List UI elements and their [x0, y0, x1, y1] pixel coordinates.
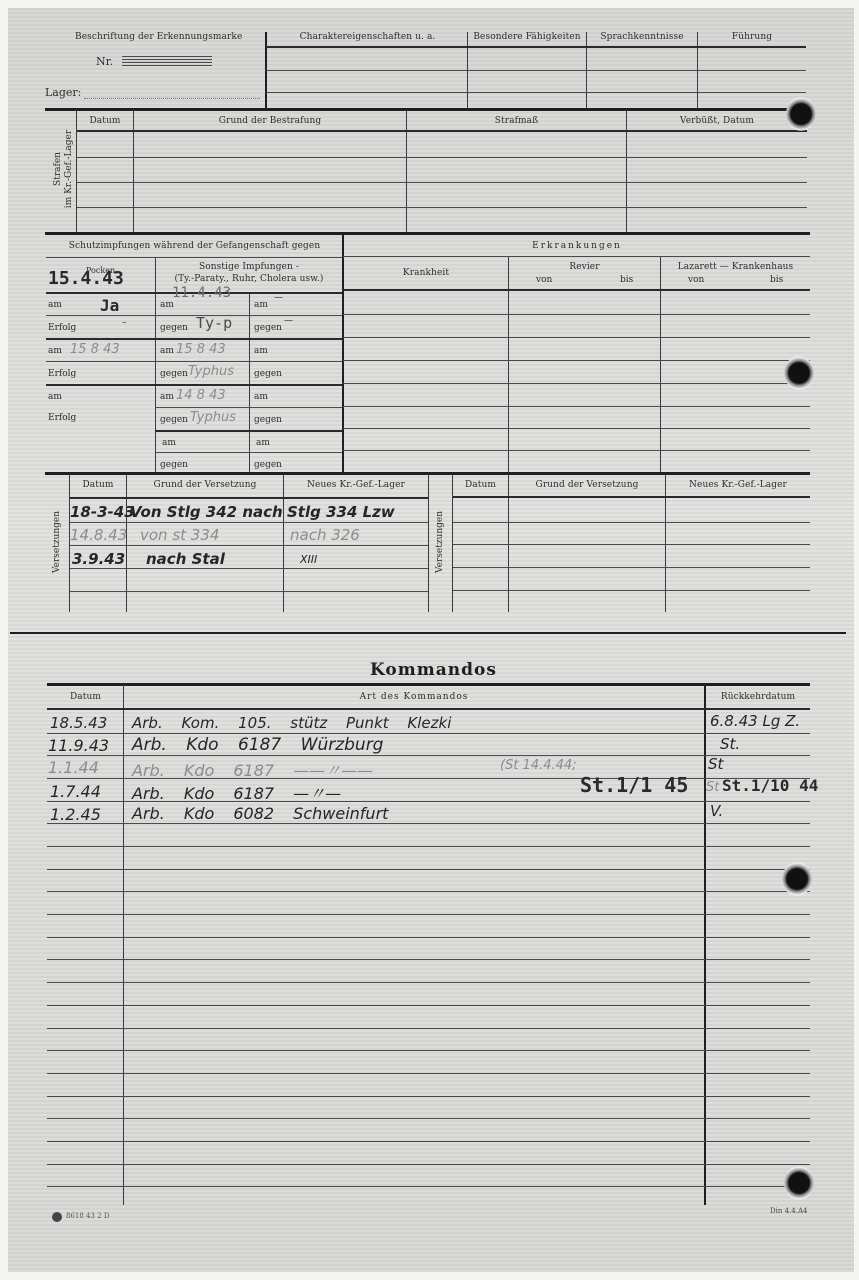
pocken-erfolg-value-1: –	[122, 318, 127, 328]
printer-mark-icon	[52, 1212, 62, 1222]
pocken-am-label-2: am	[48, 346, 62, 356]
sonstige-gegen-label-2: gegen	[160, 369, 188, 379]
kommando-row-5-datum: 1.2.45	[50, 805, 101, 824]
kommandos-col-rueckkehr: Rückkehrdatum	[706, 692, 810, 702]
versetzung-row-1-datum: 18-3-43	[70, 503, 135, 521]
versetzungen-right-col-lager: Neues Kr.-Gef.-Lager	[666, 480, 810, 490]
sonstige2-am-label-2: am	[254, 346, 268, 356]
strafen-col-grund: Grund der Bestrafung	[134, 116, 406, 126]
header-col-faehigkeiten: Besondere Fähigkeiten	[468, 32, 586, 42]
lazarett-bis-label: bis	[770, 275, 783, 285]
sonstige-am-label-3: am	[160, 392, 174, 402]
pocken-erfolg-label-2: Erfolg	[48, 369, 76, 379]
din-code: Din 4.4.A4	[770, 1207, 807, 1215]
revier-bis-label: bis	[620, 275, 633, 285]
versetzung-row-3-grund: nach Stal	[146, 550, 225, 568]
versetzung-row-1-grund: Von Stlg 342 nach	[130, 503, 283, 521]
sonstige2-am-label-4: am	[256, 438, 270, 448]
pocken-am-value-1: Ja	[100, 296, 119, 315]
punch-hole	[784, 1166, 814, 1200]
kommando-row-5-art: Arb. Kdo 6082 Schweinfurt	[132, 804, 388, 823]
erkrankungen-title: Erkrankungen	[344, 241, 810, 251]
header-col-charakter: Charaktereigenschaften u. a.	[270, 32, 465, 42]
sonstige-am-value-3: 14 8 43	[176, 388, 226, 403]
strafen-side-label: Strafenim Kr.-Gef.-Lager	[53, 114, 77, 224]
punch-hole	[782, 862, 812, 896]
sonstige-sublabel: (Ty.-Paraty., Ruhr, Cholera usw.)	[156, 274, 342, 284]
versetzung-row-2-grund: von st 334	[140, 526, 219, 544]
sonstige-gegen-label-4: gegen	[160, 460, 188, 470]
kommando-row-2-datum: 11.9.43	[48, 736, 109, 755]
kommando-annotation: (St 14.4.44;	[500, 758, 577, 773]
versetzung-row-2-datum: 14.8.43	[70, 526, 127, 544]
sonstige-am-label-4: am	[162, 438, 176, 448]
pocken-am-label-1: am	[48, 300, 62, 310]
versetzung-row-2-lager: nach 326	[290, 526, 360, 544]
sonstige-am-label-1: am	[160, 300, 174, 310]
sonstige2-gegen-label-3: gegen	[254, 415, 282, 425]
sonstige2-gegen-label-4: gegen	[254, 460, 282, 470]
kommando-row-1-art: Arb. Kom. 105. stütz Punkt Klezki	[132, 714, 451, 732]
strafen-col-datum: Datum	[77, 116, 133, 126]
print-code: 8618 43 2 D	[66, 1212, 109, 1220]
sonstige2-gegen-label-1: gegen	[254, 323, 282, 333]
kommando-row-1-datum: 18.5.43	[50, 714, 107, 732]
kommandos-col-datum: Datum	[48, 692, 123, 702]
kommando-row-4-art: Arb. Kdo 6187 —〃—	[132, 781, 341, 804]
pocken-label: Pocken	[86, 266, 115, 275]
punch-hole	[786, 97, 816, 131]
pocken-am-value-2: 15 8 43	[70, 342, 120, 357]
lazarett-von-label: von	[688, 275, 704, 285]
revier-von-label: von	[536, 275, 552, 285]
lager-field	[84, 98, 260, 99]
sonstige2-am-value-1: —	[274, 293, 283, 303]
nr-field	[122, 56, 212, 66]
kommando-row-4-rueckkehr: St	[706, 780, 719, 795]
versetzungen-right-col-grund: Grund der Versetzung	[509, 480, 665, 490]
pocken-am-label-3: am	[48, 392, 62, 402]
header-col-sprachen: Sprachkenntnisse	[587, 32, 697, 42]
sonstige-am-value-1: 11.4.43	[172, 285, 231, 301]
fold-line	[10, 632, 846, 634]
sonstige2-am-label-1: am	[254, 300, 268, 310]
pocken-erfolg-label-1: Erfolg	[48, 323, 76, 333]
kommando-row-1-rueckkehr: 6.8.43 Lg Z.	[710, 712, 800, 730]
kommando-row-4-datum: 1.7.44	[50, 782, 101, 801]
kommando-row-5-rueckkehr: V.	[710, 802, 723, 820]
versetzungen-left-col-grund: Grund der Versetzung	[127, 480, 283, 490]
pocken-erfolg-label-3: Erfolg	[48, 413, 76, 423]
prisoner-record-card	[8, 8, 854, 1272]
kommando-row-2-art: Arb. Kdo 6187 Würzburg	[132, 735, 383, 755]
versetzungen-right-col-datum: Datum	[453, 480, 508, 490]
kommando-row-3-art: Arb. Kdo 6187 ——〃——	[132, 758, 373, 781]
kommando-row-3-datum: 1.1.44	[48, 758, 99, 777]
sonstige2-am-label-3: am	[254, 392, 268, 402]
versetzungen-left-col-lager: Neues Kr.-Gef.-Lager	[284, 480, 428, 490]
sonstige-gegen-value-1: Ty-p	[196, 314, 232, 332]
strafen-col-verbuesst: Verbüßt, Datum	[627, 116, 807, 126]
sonstige-gegen-value-3: Typhus	[190, 410, 236, 425]
sonstige-am-label-2: am	[160, 346, 174, 356]
sonstige-gegen-label-3: gegen	[160, 415, 188, 425]
kommandos-title: Kommandos	[370, 660, 497, 680]
kommando-row-3-rueckkehr: St	[708, 755, 723, 773]
erkennungsmarke-label: Beschriftung der Erkennungsmarke	[75, 32, 240, 42]
versetzung-row-3-lager: XIII	[300, 553, 317, 566]
nr-label: Nr.	[96, 55, 113, 68]
strafen-col-strafmass: Strafmaß	[407, 116, 626, 126]
versetzung-row-3-datum: 3.9.43	[72, 550, 125, 568]
kommando-row-2-rueckkehr: St.	[720, 735, 740, 753]
revier-label: Revier	[509, 262, 660, 272]
versetzungen-right-side-label: Versetzungen	[435, 502, 447, 582]
versetzungen-left-col-datum: Datum	[70, 480, 126, 490]
sonstige-gegen-label-1: gegen	[160, 323, 188, 333]
kommando-stamp-right: St.1/10 44	[722, 776, 818, 795]
sonstige-label: Sonstige Impfungen -	[156, 262, 342, 272]
punch-hole	[784, 356, 814, 390]
krankheit-label: Krankheit	[344, 268, 508, 278]
sonstige2-gegen-value-1: —	[284, 316, 293, 326]
versetzungen-left-side-label: Versetzungen	[52, 502, 64, 582]
kommandos-col-art: Art des Kommandos	[124, 692, 704, 702]
sonstige-am-value-2: 15 8 43	[176, 342, 226, 357]
sonstige-gegen-value-2: Typhus	[188, 364, 234, 379]
lager-label: Lager:	[45, 86, 81, 99]
header-col-fuehrung: Führung	[698, 32, 806, 42]
schutzimpfungen-title: Schutzimpfungen während der Gefangenscha…	[47, 241, 342, 251]
sonstige2-gegen-label-2: gegen	[254, 369, 282, 379]
versetzung-row-1-lager: Stlg 334 Lzw	[287, 503, 395, 521]
lazarett-label: Lazarett — Krankenhaus	[661, 262, 810, 272]
kommando-stamp-mid: St.1/1 45	[580, 773, 688, 797]
